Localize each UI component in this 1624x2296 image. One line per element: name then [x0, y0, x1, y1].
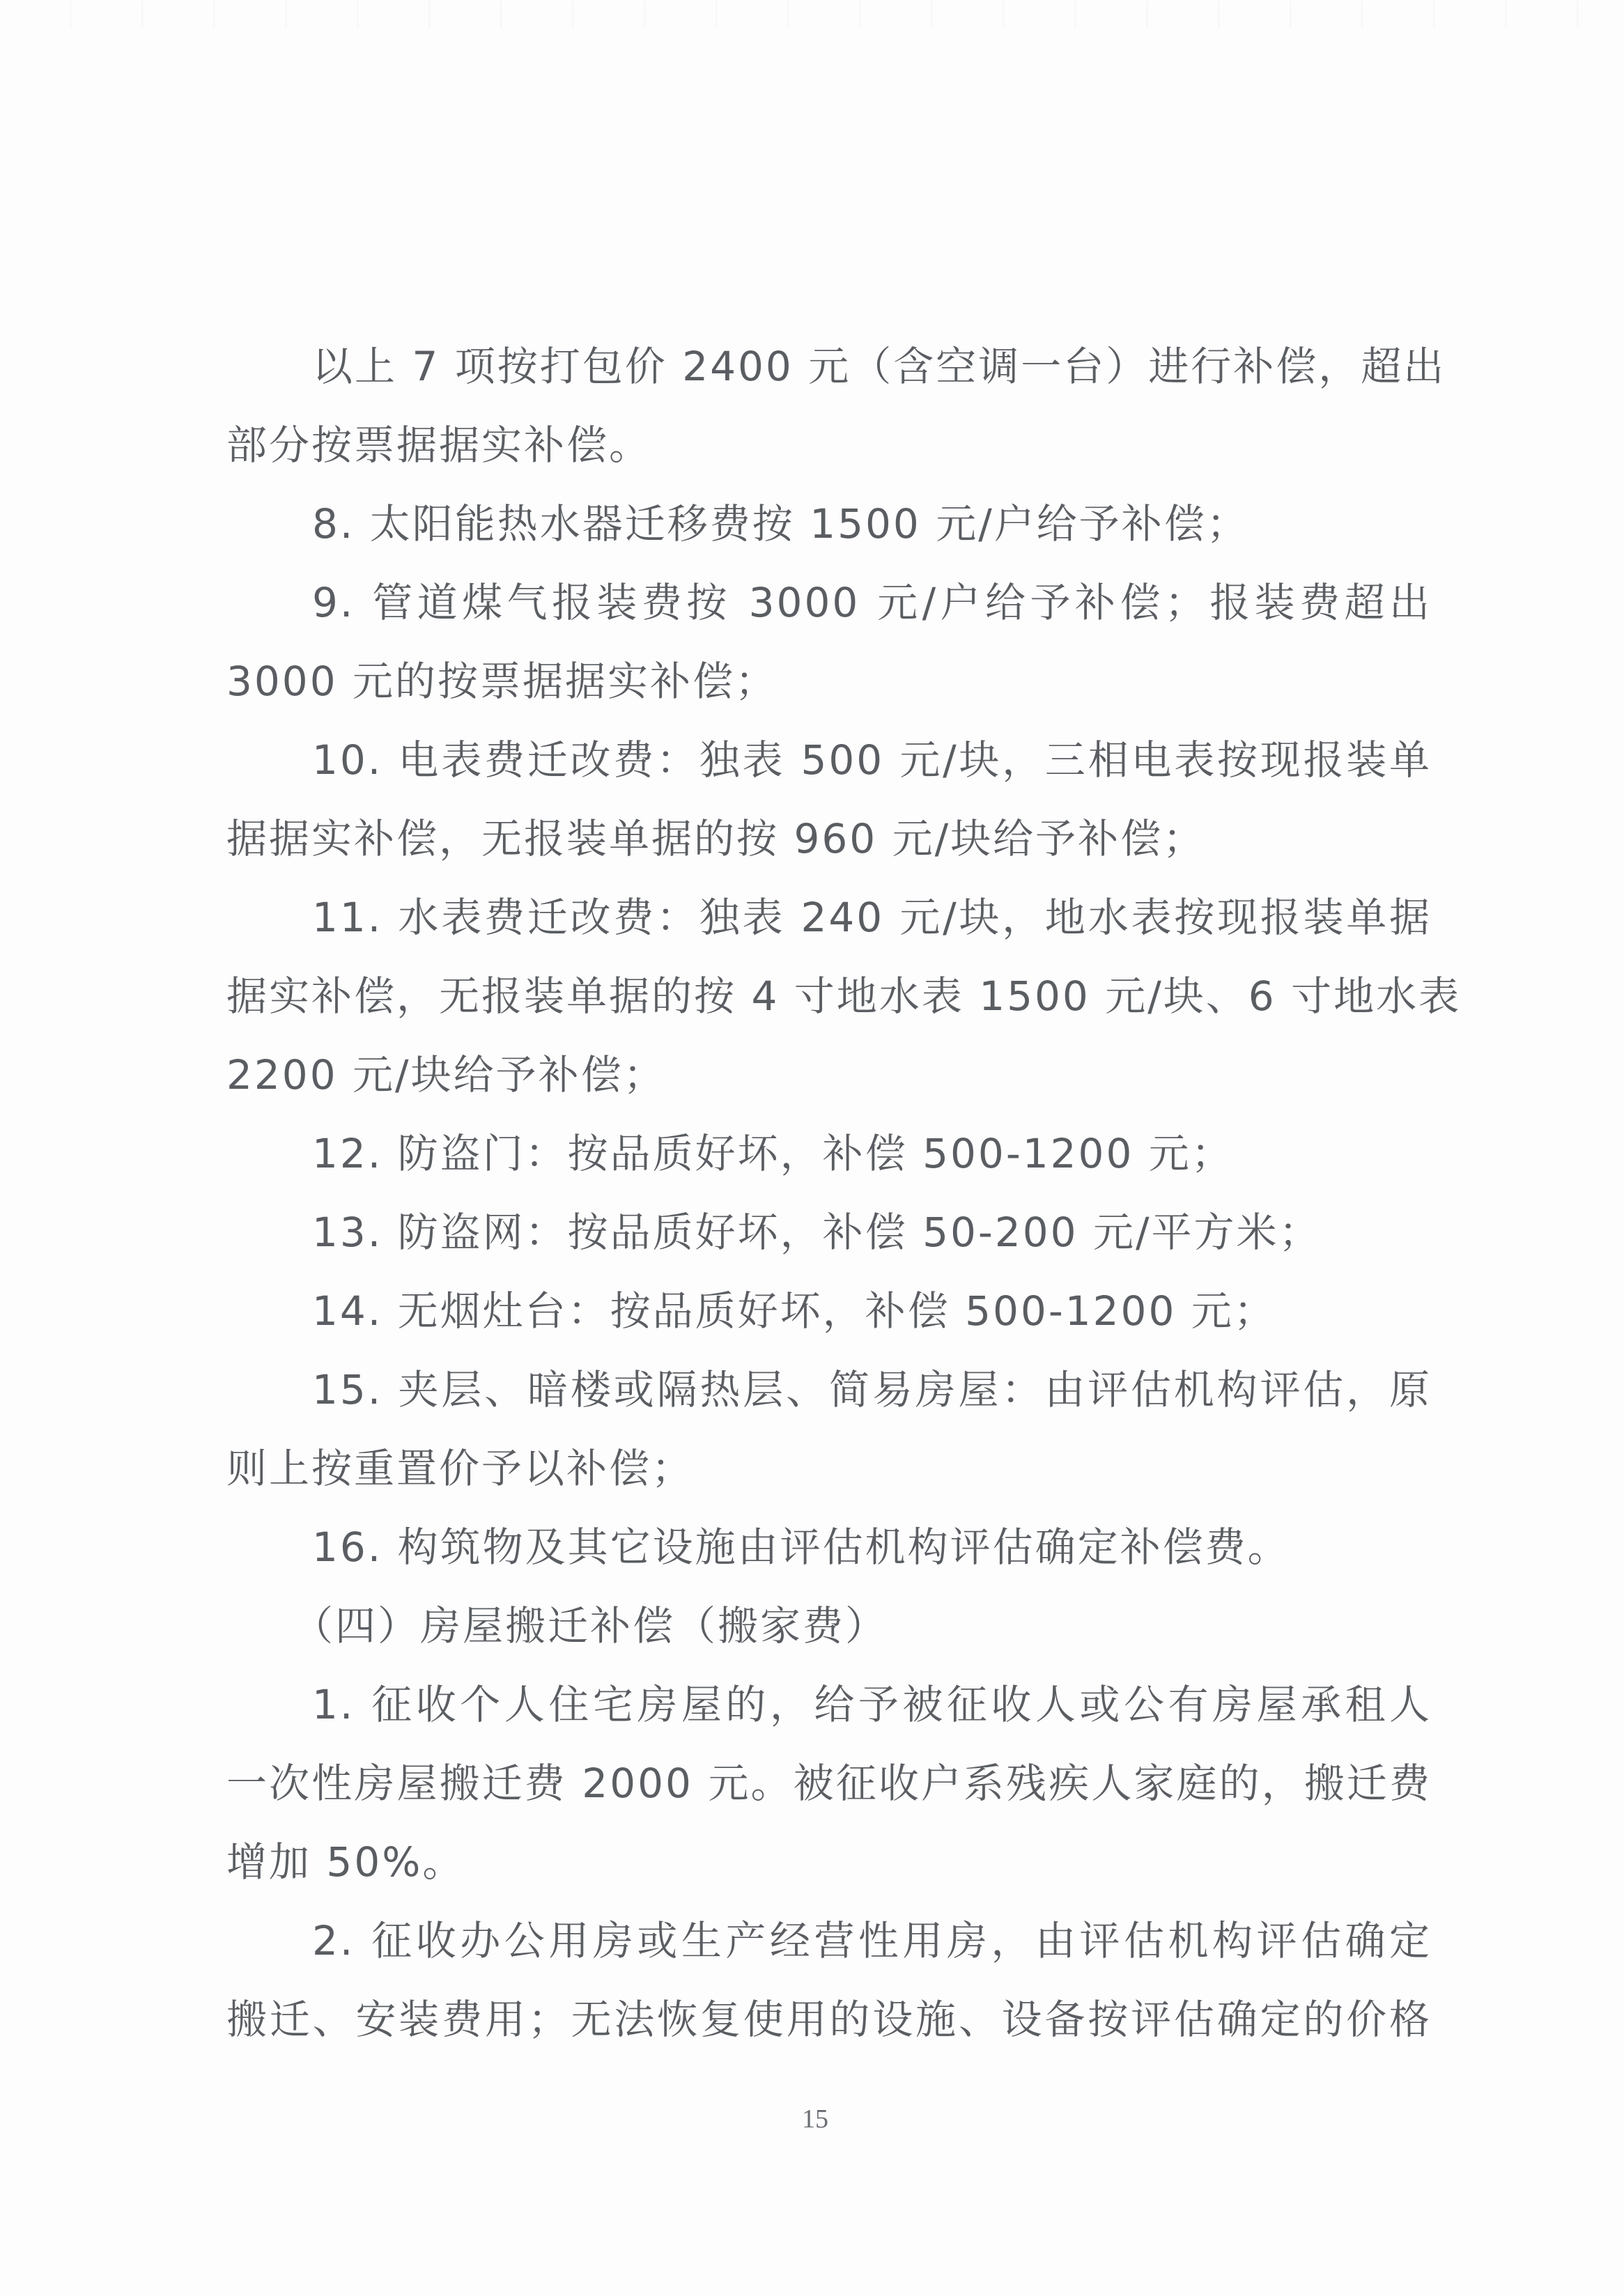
relocation-item-1-cont-2: 增加 50%。	[226, 1834, 1432, 1890]
relocation-item-2-cont: 搬迁、安装费用；无法恢复使用的设施、设备按评估确定的价格	[226, 1992, 1432, 2047]
paragraph-line-packaged-price: 以上 7 项按打包价 2400 元（含空调一台）进行补偿，超出	[312, 339, 1432, 394]
item-15-mezzanine: 15. 夹层、暗楼或隔热层、简易房屋：由评估机构评估，原	[312, 1362, 1432, 1418]
item-12-security-door: 12. 防盗门：按品质好坏，补偿 500-1200 元；	[312, 1126, 1432, 1181]
item-10-electric-meter-cont: 据据实补偿，无报装单据的按 960 元/块给予补偿；	[226, 811, 1432, 867]
item-9-pipeline-gas: 9. 管道煤气报装费按 3000 元/户给予补偿；报装费超出	[312, 575, 1432, 630]
scan-edge-artifact	[0, 0, 1624, 28]
section-heading-relocation-compensation: （四）房屋搬迁补偿（搬家费）	[293, 1598, 1412, 1654]
item-15-mezzanine-cont: 则上按重置价予以补偿；	[226, 1441, 1432, 1496]
page-number: 15	[794, 2104, 836, 2134]
item-8-solar-water-heater: 8. 太阳能热水器迁移费按 1500 元/户给予补偿；	[312, 496, 1432, 552]
document-page: 以上 7 项按打包价 2400 元（含空调一台）进行补偿，超出 部分按票据据实补…	[0, 0, 1624, 2296]
relocation-item-1: 1. 征收个人住宅房屋的，给予被征收人或公有房屋承租人	[312, 1677, 1432, 1732]
relocation-item-2: 2. 征收办公用房或生产经营性用房，由评估机构评估确定	[312, 1913, 1432, 1969]
item-9-pipeline-gas-cont: 3000 元的按票据据实补偿；	[226, 653, 1432, 709]
item-16-structures: 16. 构筑物及其它设施由评估机构评估确定补偿费。	[312, 1519, 1432, 1575]
item-10-electric-meter: 10. 电表费迁改费：独表 500 元/块，三相电表按现报装单	[312, 732, 1432, 788]
item-11-water-meter: 11. 水表费迁改费：独表 240 元/块，地水表按现报装单据	[312, 890, 1432, 945]
item-11-water-meter-cont-2: 2200 元/块给予补偿；	[226, 1047, 1432, 1103]
relocation-item-1-cont: 一次性房屋搬迁费 2000 元。被征收户系残疾人家庭的，搬迁费	[226, 1755, 1432, 1811]
item-13-security-net: 13. 防盗网：按品质好坏，补偿 50-200 元/平方米；	[312, 1204, 1432, 1260]
item-11-water-meter-cont: 据实补偿，无报装单据的按 4 寸地水表 1500 元/块、6 寸地水表	[226, 968, 1432, 1024]
item-14-smokeless-stove: 14. 无烟灶台：按品质好坏，补偿 500-1200 元；	[312, 1283, 1432, 1339]
paragraph-line-packaged-price-cont: 部分按票据据实补偿。	[226, 417, 1432, 473]
